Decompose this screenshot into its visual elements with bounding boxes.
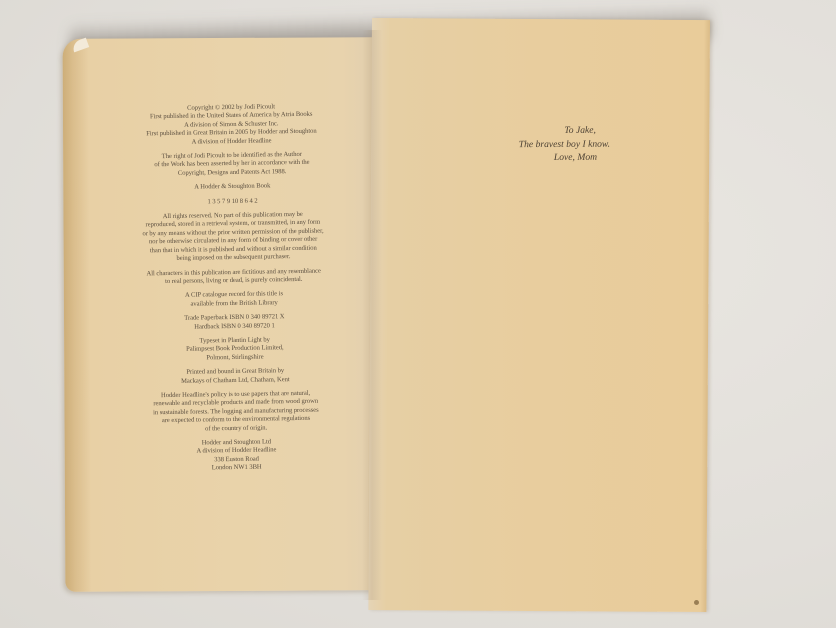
copyright-block-paper-policy: Hodder Headline's policy is to use paper… bbox=[111, 389, 362, 435]
copyright-block-printed: Printed and bound in Great Britain by Ma… bbox=[110, 366, 360, 387]
right-page bbox=[368, 18, 710, 612]
copyright-block-imprint: A Hodder & Stoughton Book bbox=[107, 181, 357, 193]
copyright-block-printing-line: 1 3 5 7 9 10 8 6 4 2 bbox=[107, 196, 357, 208]
dedication-line: The bravest boy I know. bbox=[480, 137, 610, 151]
copyright-block-author-rights: The right of Jodi Picoult to be identifi… bbox=[107, 150, 357, 179]
copyright-line: A Hodder & Stoughton Book bbox=[107, 181, 357, 193]
copyright-block-rights-reserved: All rights reserved. No part of this pub… bbox=[108, 210, 359, 264]
copyright-block-typeset: Typeset in Plantin Light by Palimpsest B… bbox=[110, 335, 360, 364]
copyright-block-publication: Copyright © 2002 by Jodi Picoult First p… bbox=[106, 102, 357, 148]
copyright-block-isbn: Trade Paperback ISBN 0 340 89721 X Hardb… bbox=[109, 312, 359, 333]
copyright-block-cip: A CIP catalogue record for this title is… bbox=[109, 289, 359, 310]
dedication-line: To Jake, bbox=[480, 124, 610, 138]
copyright-block-fiction-disclaimer: All characters in this publication are f… bbox=[109, 267, 359, 288]
dedication: To Jake, The bravest boy I know. Love, M… bbox=[480, 124, 610, 165]
copyright-block-publisher-address: Hodder and Stoughton Ltd A division of H… bbox=[111, 437, 361, 475]
copyright-notice: Copyright © 2002 by Jodi Picoult First p… bbox=[106, 102, 362, 481]
copyright-line: 1 3 5 7 9 10 8 6 4 2 bbox=[107, 196, 357, 208]
book-gutter bbox=[362, 30, 382, 600]
paper-blemish bbox=[694, 600, 699, 605]
dedication-line: Love, Mom bbox=[480, 151, 610, 165]
